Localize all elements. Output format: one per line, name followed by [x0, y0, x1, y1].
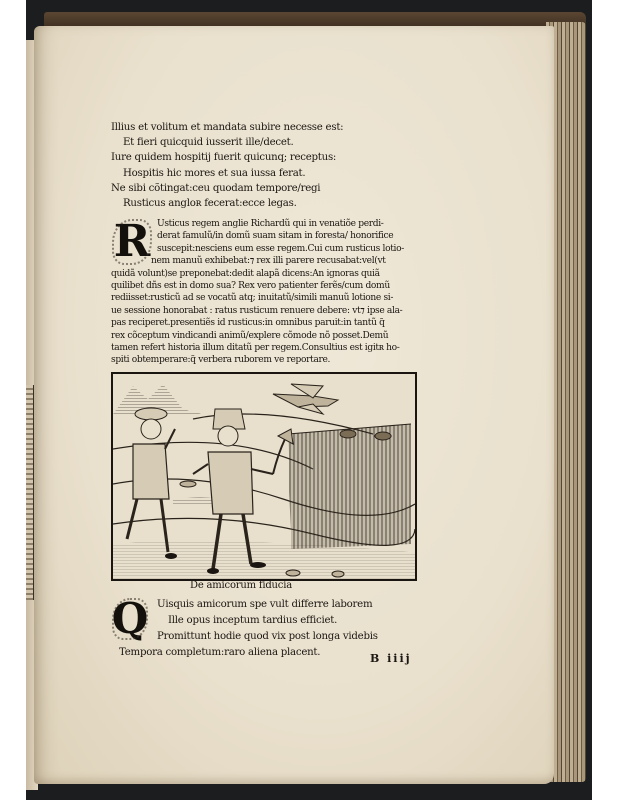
verse-line: Ne sibi cõtingat:ceu quodam tempore/regi [111, 181, 421, 196]
prose-line: quilibet dñs est in domo sua? Rex vero p… [111, 280, 416, 292]
signature-mark: B iiij [370, 652, 412, 665]
verse-top: Illius et volitum et mandata subire nece… [111, 120, 421, 211]
prose-line: rex cõceptum vindicandi animũ/explere cõ… [111, 330, 416, 342]
prose-line: pas reciperet.presentiẽs id rusticus:in … [111, 317, 416, 329]
verse-line: Iure quidem hospitij fuerit quicunq; rec… [111, 150, 421, 165]
verse-line: Promittunt hodie quod vix post longa vid… [111, 629, 421, 645]
woodcut-scene-icon [113, 374, 415, 579]
peasant-left [135, 408, 167, 420]
grain-field [288, 424, 411, 549]
prose-line: nem manuũ exhibebat:⁊ rex illi parere re… [111, 255, 416, 267]
verse-line: Uisquis amicorum spe vult differre labor… [111, 597, 421, 613]
prose-line: spiti obtemperare:q̃ verbera ruborem ve … [111, 354, 416, 366]
prose-line: tamen refert historia illum ditatũ per r… [111, 342, 416, 354]
prose-line: rediisset:rusticũ ad se vocatũ atq; inui… [111, 292, 416, 304]
prose-line: derat famulũ/in domũ suam sitam in fores… [111, 230, 416, 242]
prose-line: Usticus regem anglie Richardũ qui in ven… [111, 218, 416, 230]
section-title: De amicorum fiducia [190, 580, 292, 591]
verse-line: Et fieri quicquid iusserit ille/decet. [111, 135, 421, 150]
verse-line: Hospitis hic mores et sua iussa ferat. [111, 166, 421, 181]
prose-line: quidã volunt)se preponebat:dedit alapã d… [111, 268, 416, 280]
verse-line: Ille opus inceptum tardius efficiet. [111, 613, 421, 629]
facing-page-woodcut-fragment [26, 385, 34, 600]
prose-paragraph: Usticus regem anglie Richardũ qui in ven… [111, 218, 416, 367]
woodcut-illustration [111, 372, 417, 581]
prose-line: suscepit:nesciens eum esse regem.Cui cum… [111, 243, 416, 255]
verse-line: Rusticus angloʀ fecerat:ecce legas. [111, 196, 421, 211]
verse-line: Illius et volitum et mandata subire nece… [111, 120, 421, 135]
prose-line: ue sessione honorabat : ratus rusticum r… [111, 305, 416, 317]
